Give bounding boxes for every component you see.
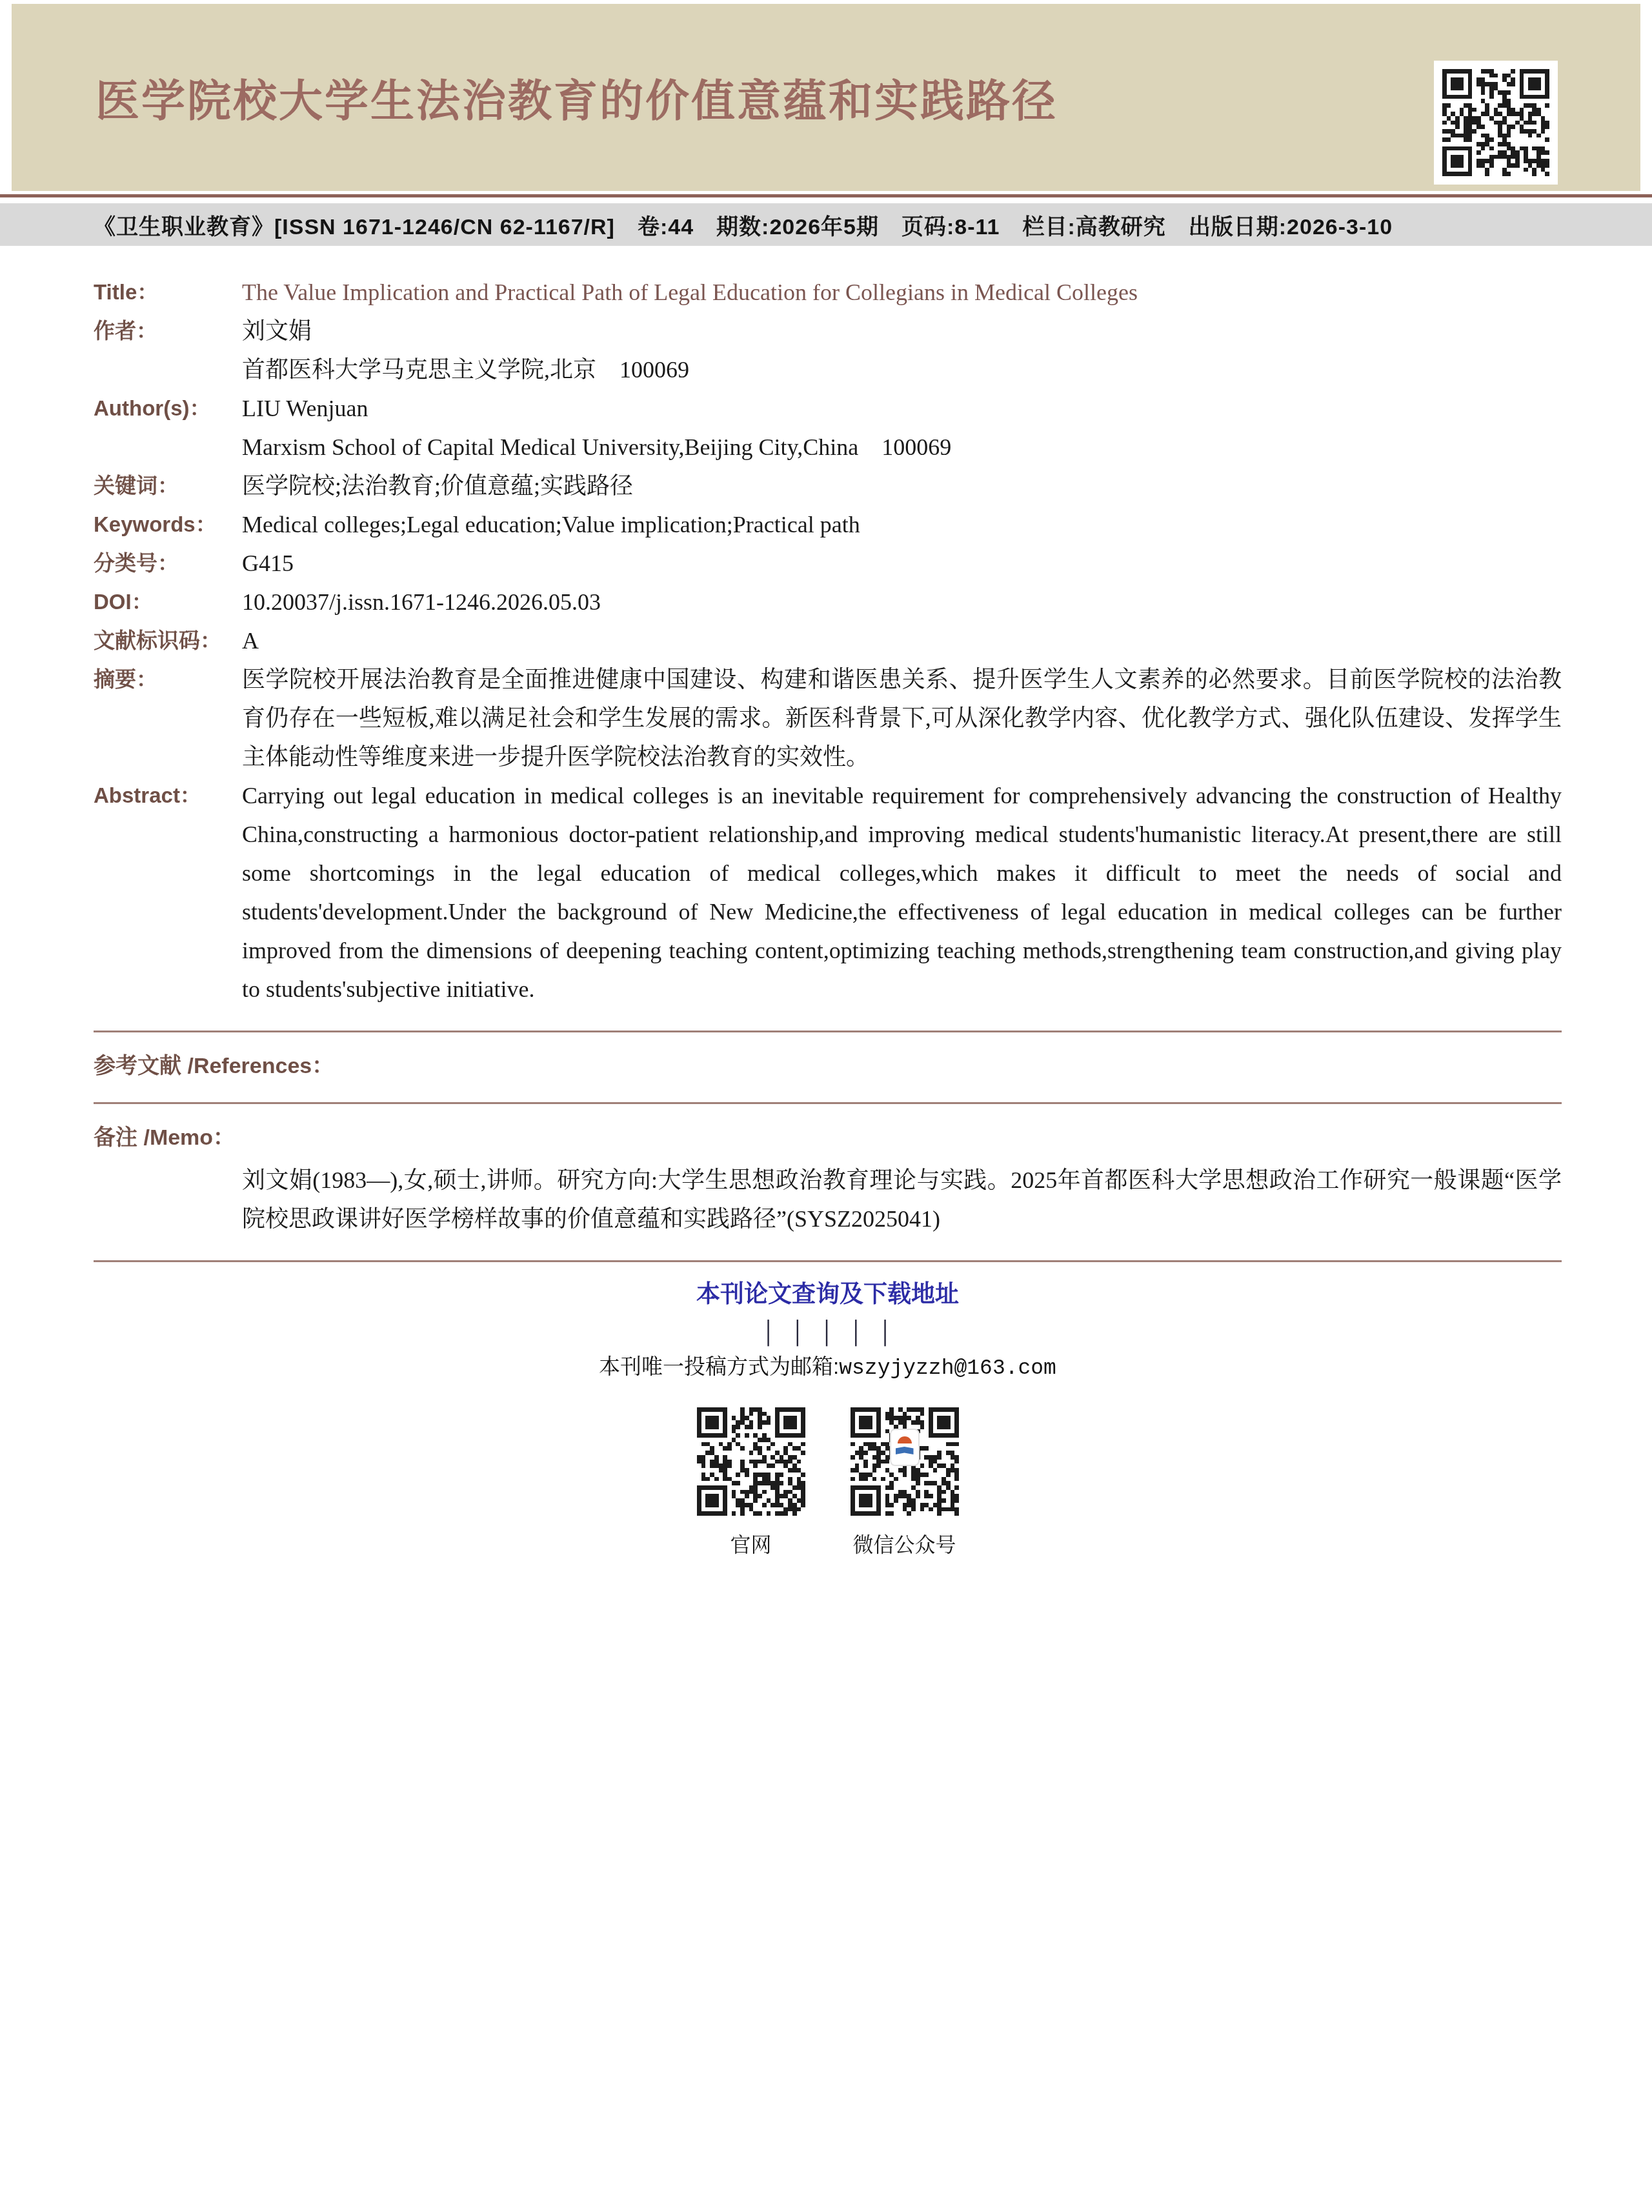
qr-caption: 官网	[697, 1531, 805, 1558]
database-name	[750, 1320, 758, 1345]
metadata-row: Keywords： Medical colleges;Legal educati…	[94, 505, 1562, 544]
journal-info-text: 《卫生职业教育》[ISSN 1671-1246/CN 62-1167/R] 卷:…	[94, 209, 1393, 241]
footer: 本刊论文查询及下载地址 本刊唯一投稿方式为邮箱:wszyjyzzh@163.co…	[94, 1279, 1562, 1530]
metadata-label: Keywords：	[94, 505, 242, 544]
metadata-value: Carrying out legal education in medical …	[242, 776, 1562, 1009]
metadata-value: 首都医科大学马克思主义学院,北京 100069	[242, 350, 1562, 389]
metadata-value: 刘文娟	[242, 312, 1562, 350]
submission-email-line: 本刊唯一投稿方式为邮箱:wszyjyzzh@163.com	[94, 1352, 1562, 1383]
metadata-row: 关键词： 医学院校;法治教育;价值意蕴;实践路径	[94, 467, 1562, 505]
metadata-value: A	[242, 621, 1562, 660]
metadata-value: 10.20037/j.issn.1671-1246.2026.05.03	[242, 583, 1562, 621]
footer-qr-block: 官网	[697, 1393, 805, 1530]
database-name	[875, 1320, 904, 1345]
references-heading: 参考文献 /References：	[94, 1052, 1562, 1080]
article-qr-code-icon	[1442, 69, 1549, 176]
metadata-row: Marxism School of Capital Medical Univer…	[94, 428, 1562, 467]
memo-heading: 备注 /Memo：	[94, 1123, 1562, 1152]
header-divider	[0, 194, 1652, 197]
submission-email: wszyjyzzh@163.com	[839, 1356, 1056, 1380]
metadata-label: 摘要：	[94, 660, 242, 776]
metadata-value: The Value Implication and Practical Path…	[242, 273, 1562, 312]
metadata-value: Medical colleges;Legal education;Value i…	[242, 505, 1562, 544]
database-name	[788, 1320, 817, 1345]
metadata-label: Abstract：	[94, 776, 242, 1009]
article-title: 医学院校大学生法治教育的价值意蕴和实践路径	[96, 66, 1058, 129]
metadata-row: 摘要： 医学院校开展法治教育是全面推进健康中国建设、构建和谐医患关系、提升医学生…	[94, 660, 1562, 776]
metadata-row: DOI： 10.20037/j.issn.1671-1246.2026.05.0…	[94, 583, 1562, 621]
metadata-row: Author(s)： LIU Wenjuan	[94, 389, 1562, 428]
metadata-value: G415	[242, 544, 1562, 583]
metadata-label: 关键词：	[94, 467, 242, 505]
section-divider	[94, 1260, 1562, 1262]
database-name	[817, 1320, 846, 1345]
metadata-row: Title： The Value Implication and Practic…	[94, 273, 1562, 312]
database-list	[94, 1318, 1562, 1347]
header-qr-box	[1434, 61, 1558, 185]
database-name	[758, 1320, 787, 1345]
metadata-label: 文献标识码：	[94, 621, 242, 660]
metadata-value: LIU Wenjuan	[242, 389, 1562, 428]
document-page: { "colors": { "header_beige": "#dcd5ba",…	[0, 0, 1652, 2212]
metadata-row: 首都医科大学马克思主义学院,北京 100069	[94, 350, 1562, 389]
metadata-row: 分类号： G415	[94, 544, 1562, 583]
metadata-row: Abstract： Carrying out legal education i…	[94, 776, 1562, 1009]
metadata-label	[94, 350, 242, 389]
metadata-label: Author(s)：	[94, 389, 242, 428]
metadata-row: 作者： 刘文娟	[94, 312, 1562, 350]
qr-code-icon	[697, 1393, 805, 1530]
metadata-value: Marxism School of Capital Medical Univer…	[242, 428, 1562, 467]
journal-info-bar: 《卫生职业教育》[ISSN 1671-1246/CN 62-1167/R] 卷:…	[0, 203, 1652, 246]
metadata-value: 医学院校开展法治教育是全面推进健康中国建设、构建和谐医患关系、提升医学生人文素养…	[242, 660, 1562, 776]
footer-qr-block: 微信公众号	[851, 1393, 959, 1530]
metadata-label: 分类号：	[94, 544, 242, 583]
metadata-value: 医学院校;法治教育;价值意蕴;实践路径	[242, 467, 1562, 505]
email-prefix: 本刊唯一投稿方式为邮箱:	[599, 1354, 839, 1378]
section-divider	[94, 1102, 1562, 1104]
memo-text: 刘文娟(1983—),女,硕士,讲师。研究方向:大学生思想政治教育理论与实践。2…	[242, 1161, 1562, 1238]
database-name	[846, 1320, 875, 1345]
metadata-row: 文献标识码： A	[94, 621, 1562, 660]
article-metadata: Title： The Value Implication and Practic…	[0, 246, 1652, 1530]
metadata-label: 作者：	[94, 312, 242, 350]
footer-qr-row: 官网 微信公众号	[94, 1393, 1562, 1530]
qr-caption: 微信公众号	[851, 1531, 959, 1558]
section-divider	[94, 1031, 1562, 1032]
metadata-label: Title：	[94, 273, 242, 312]
metadata-label	[94, 428, 242, 467]
metadata-label: DOI：	[94, 583, 242, 621]
footer-title: 本刊论文查询及下载地址	[94, 1279, 1562, 1310]
wechat-qr-logo-icon	[890, 1429, 920, 1466]
header-band: 医学院校大学生法治教育的价值意蕴和实践路径	[12, 4, 1640, 191]
